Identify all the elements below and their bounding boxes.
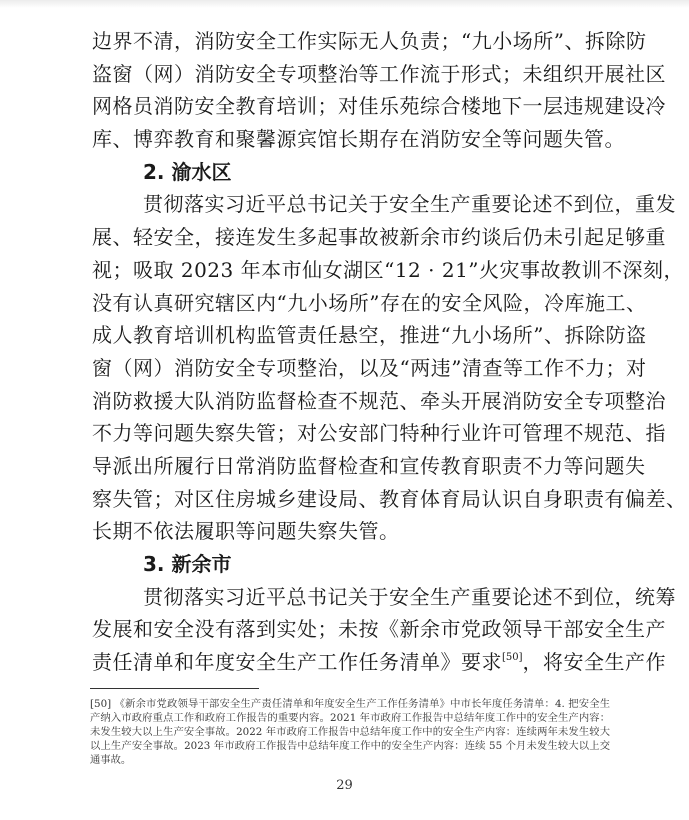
text-line: 窗（网）消防安全专项整治，以及“两违”清查等工作不力；对 bbox=[92, 352, 605, 385]
footnote-line: 以上生产安全事故。2023 年市政府工作报告中总结年度工作中的安全生产内容：连续… bbox=[90, 739, 610, 753]
text-line: 察失管；对区住房城乡建设局、教育体育局认识自身职责有偏差、 bbox=[92, 483, 605, 516]
text-line: 发展和安全没有落到实处；未按《新余市党政领导干部安全生产 bbox=[92, 613, 605, 646]
document-page-body: 边界不清，消防安全工作实际无人负责；“九小场所”、拆除防 盗窗（网）消防安全专项… bbox=[92, 25, 605, 679]
text-line-with-footnote: 责任清单和年度安全生产工作任务清单》要求[50]，将安全生产作 bbox=[92, 646, 605, 679]
text-line: 长期不依法履职等问题失察失管。 bbox=[92, 515, 605, 548]
text-line: 消防救援大队消防监督检查不规范、牵头开展消防安全专项整治 bbox=[92, 385, 605, 418]
section-heading-yushui: 2. 渝水区 bbox=[92, 156, 605, 189]
text-line: 库、博弈教育和聚馨源宾馆长期存在消防安全等问题失管。 bbox=[92, 123, 605, 156]
section-heading-xinyu: 3. 新余市 bbox=[92, 548, 605, 581]
text-line: 边界不清，消防安全工作实际无人负责；“九小场所”、拆除防 bbox=[92, 25, 605, 58]
footnote-line: [50] 《新余市党政领导干部安全生产责任清单和年度安全生产工作任务清单》中市长… bbox=[90, 697, 610, 711]
text-line: 视；吸取 2023 年本市仙女湖区“12 · 21”火灾事故教训不深刻， bbox=[92, 254, 605, 287]
text-line: 贯彻落实习近平总书记关于安全生产重要论述不到位，重发 bbox=[92, 188, 605, 221]
page-number: 29 bbox=[0, 778, 689, 793]
text-line: 成人教育培训机构监管责任悬空，推进“九小场所”、拆除防盗 bbox=[92, 319, 605, 352]
footnote-separator bbox=[90, 688, 259, 689]
text-line: 盗窗（网）消防安全专项整治等工作流于形式；未组织开展社区 bbox=[92, 58, 605, 91]
footnote-line: 产纳入市政府重点工作和政府工作报告的重要内容。2021 年市政府工作报告中总结年… bbox=[90, 711, 610, 725]
section-paragraph-xinyu: 贯彻落实习近平总书记关于安全生产重要论述不到位，统筹 发展和安全没有落到实处；未… bbox=[92, 581, 605, 679]
text-segment: ，将安全生产作 bbox=[523, 650, 667, 674]
footnote-50: [50] 《新余市党政领导干部安全生产责任清单和年度安全生产工作任务清单》中市长… bbox=[90, 697, 610, 767]
text-line: 没有认真研究辖区内“九小场所”存在的安全风险，冷库施工、 bbox=[92, 287, 605, 320]
continued-paragraph: 边界不清，消防安全工作实际无人负责；“九小场所”、拆除防 盗窗（网）消防安全专项… bbox=[92, 25, 605, 156]
text-line: 不力等问题失察失管；对公安部门特种行业许可管理不规范、指 bbox=[92, 417, 605, 450]
footnote-reference-link[interactable]: [50] bbox=[502, 652, 523, 663]
text-line: 贯彻落实习近平总书记关于安全生产重要论述不到位，统筹 bbox=[92, 581, 605, 614]
footnote-line: 未发生较大以上生产安全事故。2022 年市政府工作报告中总结年度工作中的安全生产… bbox=[90, 725, 610, 739]
text-line: 导派出所履行日常消防监督检查和宣传教育职责不力等问题失 bbox=[92, 450, 605, 483]
text-line: 网格员消防安全教育培训；对佳乐苑综合楼地下一层违规建设冷 bbox=[92, 90, 605, 123]
text-line: 展、轻安全，接连发生多起事故被新余市约谈后仍未引起足够重 bbox=[92, 221, 605, 254]
page-edge-shadow bbox=[0, 0, 689, 8]
text-segment: 责任清单和年度安全生产工作任务清单》要求 bbox=[92, 650, 502, 674]
section-paragraph-yushui: 贯彻落实习近平总书记关于安全生产重要论述不到位，重发 展、轻安全，接连发生多起事… bbox=[92, 188, 605, 548]
footnote-line: 通事故。 bbox=[90, 753, 610, 767]
